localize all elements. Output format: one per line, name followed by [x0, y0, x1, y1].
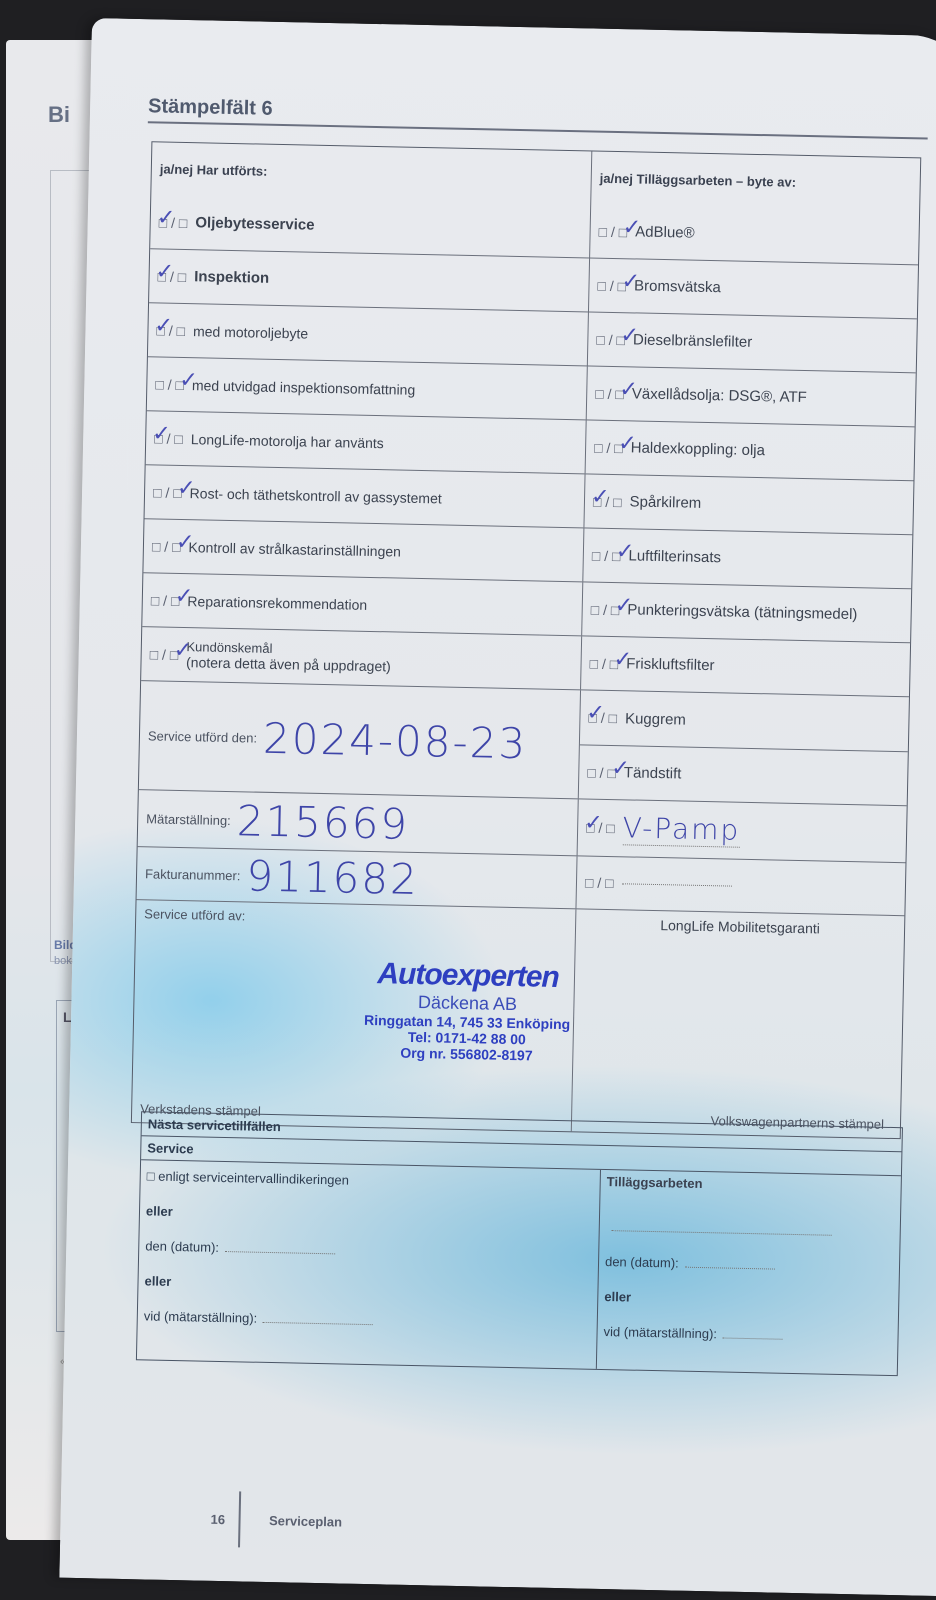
- additional-item-0: □ / □✓AdBlue®: [590, 204, 919, 264]
- additional-item-8: □ / □✓Friskluftsfilter: [581, 636, 910, 696]
- additional-item-3: □ / □✓Växellådsolja: DSG®, ATF: [587, 366, 916, 426]
- date-field[interactable]: den (datum):: [145, 1238, 592, 1262]
- check-mark-icon: ✓: [155, 259, 174, 284]
- performed-item-label: med utvidgad inspektionsomfattning: [192, 377, 416, 398]
- check-mark-icon: ✓: [176, 529, 195, 554]
- check-mark-icon: ✓: [152, 421, 171, 446]
- heading-rule: [148, 121, 928, 139]
- service-date-label: Service utförd den:: [148, 728, 257, 745]
- performed-item-label: Oljebytesservice: [195, 214, 315, 233]
- additional-item-label: Dieselbränslefilter: [633, 331, 753, 350]
- additional-checkbox-1[interactable]: □ / □✓: [597, 277, 626, 294]
- check-mark-icon: ✓: [591, 484, 610, 509]
- additional-item-7: □ / □✓Punkteringsvätska (tätningsmedel): [582, 582, 911, 642]
- check-mark-icon: ✓: [611, 756, 630, 781]
- performed-checkbox-1[interactable]: □ / □✓: [157, 268, 186, 285]
- check-mark-icon: ✓: [613, 647, 632, 672]
- performed-checkbox-6[interactable]: □ / □✓: [152, 538, 181, 555]
- additional-checkbox-8[interactable]: □ / □✓: [589, 655, 618, 672]
- performed-item-1: □ / □✓Inspektion: [149, 249, 590, 311]
- performed-item-label: Kontroll av strålkastarinställningen: [188, 539, 401, 559]
- additional-item-label: Punkteringsvätska (tätningsmedel): [627, 601, 857, 623]
- check-mark-icon: ✓: [619, 377, 638, 402]
- check-mark-icon: ✓: [616, 539, 635, 564]
- additional-checkbox-12[interactable]: □ / □: [585, 875, 614, 892]
- additional-item-label[interactable]: V-Pamp: [622, 811, 740, 847]
- check-mark-icon: ✓: [179, 367, 198, 392]
- performed-item-label: LongLife-motorolja har använts: [191, 431, 384, 451]
- next-service-service-column: □ enligt serviceintervallindikeringen el…: [137, 1160, 601, 1369]
- page-footer: 16 Serviceplan: [210, 1491, 343, 1550]
- additional-checkbox-3[interactable]: □ / □✓: [595, 385, 624, 402]
- service-date-row: Service utförd den: 2024-08-23 □ / □✓Kug…: [139, 680, 909, 805]
- check-mark-icon: ✓: [584, 810, 603, 835]
- additional-item-label: AdBlue®: [635, 223, 695, 241]
- additional-item-4: □ / □✓Haldexkoppling: olja: [586, 420, 915, 480]
- additional-item-label: Luftfilterinsats: [628, 547, 721, 566]
- performed-item-2: □ / □✓med motoroljebyte: [148, 303, 589, 365]
- additional-checkbox-11[interactable]: □ / □✓: [586, 820, 615, 837]
- check-mark-icon: ✓: [174, 637, 193, 662]
- check-mark-icon: ✓: [177, 475, 196, 500]
- performed-item-label: Rost- och täthetskontroll av gassystemet: [190, 485, 442, 506]
- performed-checkbox-5[interactable]: □ / □✓: [153, 484, 182, 501]
- additional-item-label: Haldexkoppling: olja: [631, 439, 766, 459]
- or-label-2: eller: [144, 1273, 591, 1297]
- performed-checkbox-0[interactable]: □ / □✓: [159, 214, 188, 231]
- additional-item-1: □ / □✓Bromsvätska: [589, 258, 918, 318]
- additional-checkbox-7[interactable]: □ / □✓: [591, 601, 620, 618]
- check-mark-icon: ✓: [621, 269, 640, 294]
- next-additional-header: Tilläggsarbeten: [607, 1174, 895, 1195]
- additional-item-2: □ / □✓Dieselbränslefilter: [588, 312, 917, 372]
- additional-or-label: eller: [604, 1289, 892, 1310]
- page-number: 16: [210, 1511, 225, 1526]
- underlying-page-title: Bi: [48, 102, 70, 128]
- odometer-field[interactable]: vid (mätarställning):: [144, 1308, 591, 1332]
- check-mark-icon: ✓: [618, 431, 637, 456]
- additional-item-label: Växellådsolja: DSG®, ATF: [632, 385, 807, 406]
- invoice-label: Fakturanummer:: [145, 866, 241, 883]
- check-mark-icon: ✓: [157, 205, 176, 230]
- footer-separator: [238, 1491, 241, 1547]
- odometer-label: Mätarställning:: [146, 811, 231, 828]
- additional-item-label: Bromsvätska: [634, 277, 721, 296]
- additional-item-10: □ / □✓Tändstift: [579, 744, 908, 805]
- invoice-value[interactable]: 911682: [246, 851, 419, 904]
- odometer-value[interactable]: 215669: [236, 796, 409, 849]
- additional-checkbox-9[interactable]: □ / □✓: [588, 710, 617, 727]
- performed-item-4: □ / □✓LongLife-motorolja har använts: [146, 411, 587, 473]
- performed-item-0: □ / □✓Oljebytesservice: [150, 195, 591, 257]
- additional-item-6: □ / □✓Luftfilterinsats: [583, 528, 912, 588]
- check-mark-icon: ✓: [622, 215, 641, 240]
- performed-item-6: □ / □✓Kontroll av strålkastarinställning…: [143, 519, 584, 581]
- performed-item-3: □ / □✓med utvidgad inspektionsomfattning: [147, 357, 588, 419]
- section-name: Serviceplan: [269, 1513, 342, 1530]
- stamp-org-number: Org nr. 556802-8197: [363, 1044, 569, 1064]
- additional-header: ja/nej Tilläggsarbeten – byte av:: [591, 152, 920, 212]
- performed-by-label: Service utförd av:: [144, 906, 245, 923]
- performed-item-label: Inspektion: [194, 268, 269, 287]
- performed-item-5: □ / □✓Rost- och täthetskontroll av gassy…: [145, 465, 586, 527]
- performed-item-label: med motoroljebyte: [193, 323, 308, 341]
- stamp-brand: Autoexperten: [365, 957, 572, 995]
- performed-checkbox-4[interactable]: □ / □✓: [154, 430, 183, 447]
- performed-header: ja/nej Har utförts:: [151, 142, 592, 204]
- performed-item-label: Kundönskemål(notera detta även på uppdra…: [186, 639, 391, 674]
- performed-item-8: □ / □✓Kundönskemål(notera detta även på …: [141, 627, 582, 689]
- additional-item-label: Spårkilrem: [629, 493, 701, 511]
- additional-item-9: □ / □✓Kuggrem: [580, 690, 909, 751]
- additional-checkbox-4[interactable]: □ / □✓: [594, 439, 623, 456]
- next-service-additional-column: Tilläggsarbeten den (datum): eller vid (…: [597, 1170, 901, 1375]
- additional-item-label[interactable]: [622, 883, 732, 886]
- performed-checkbox-3[interactable]: □ / □✓: [155, 376, 184, 393]
- check-mark-icon: ✓: [586, 701, 605, 726]
- additional-odometer-field[interactable]: vid (mätarställning):: [603, 1324, 891, 1345]
- page-heading: Stämpelfält 6: [148, 95, 273, 121]
- additional-item-label: Tändstift: [624, 764, 682, 782]
- stamp-field-table: ja/nej Har utförts: ja/nej Tilläggsarbet…: [131, 141, 921, 1139]
- additional-checkbox-2[interactable]: □ / □✓: [596, 331, 625, 348]
- additional-item-11: □ / □✓V-Pamp: [578, 799, 907, 862]
- additional-checkbox-10[interactable]: □ / □✓: [587, 764, 616, 781]
- check-mark-icon: ✓: [175, 583, 194, 608]
- workshop-stamp: Autoexperten Däckena AB Ringgatan 14, 74…: [363, 957, 571, 1064]
- performed-checkbox-7[interactable]: □ / □✓: [151, 592, 180, 609]
- additional-checkbox-0[interactable]: □ / □✓: [598, 223, 627, 240]
- or-label-1: eller: [146, 1203, 593, 1227]
- performed-checkbox-8[interactable]: □ / □✓: [150, 646, 179, 663]
- additional-item-label: Friskluftsfilter: [626, 655, 715, 674]
- service-page: Stämpelfält 6 ja/nej Har utförts: ja/nej…: [59, 18, 936, 1596]
- check-mark-icon: ✓: [615, 593, 634, 618]
- additional-blank-line[interactable]: [606, 1219, 894, 1240]
- performed-item-7: □ / □✓Reparationsrekommendation: [142, 573, 583, 635]
- performed-item-label: Reparationsrekommendation: [187, 593, 367, 613]
- longlife-guarantee-label: LongLife Mobilitetsgaranti: [660, 917, 820, 936]
- service-date-value[interactable]: 2024-08-23: [263, 713, 528, 768]
- additional-item-5: □ / □✓Spårkilrem: [584, 474, 913, 534]
- additional-item-12: □ / □: [576, 856, 905, 915]
- interval-option[interactable]: □ enligt serviceintervallindikeringen: [147, 1168, 594, 1192]
- performed-checkbox-2[interactable]: □ / □✓: [156, 322, 185, 339]
- check-mark-icon: ✓: [154, 313, 173, 338]
- additional-checkbox-6[interactable]: □ / □✓: [592, 547, 621, 564]
- next-service-box: Nästa servicetillfällen Service □ enligt…: [136, 1111, 903, 1376]
- additional-checkbox-5[interactable]: □ / □✓: [593, 493, 622, 510]
- check-mark-icon: ✓: [620, 323, 639, 348]
- stamp-row: Service utförd av: Autoexperten Däckena …: [132, 899, 905, 1138]
- additional-item-label: Kuggrem: [625, 710, 686, 728]
- additional-date-field[interactable]: den (datum):: [605, 1254, 893, 1275]
